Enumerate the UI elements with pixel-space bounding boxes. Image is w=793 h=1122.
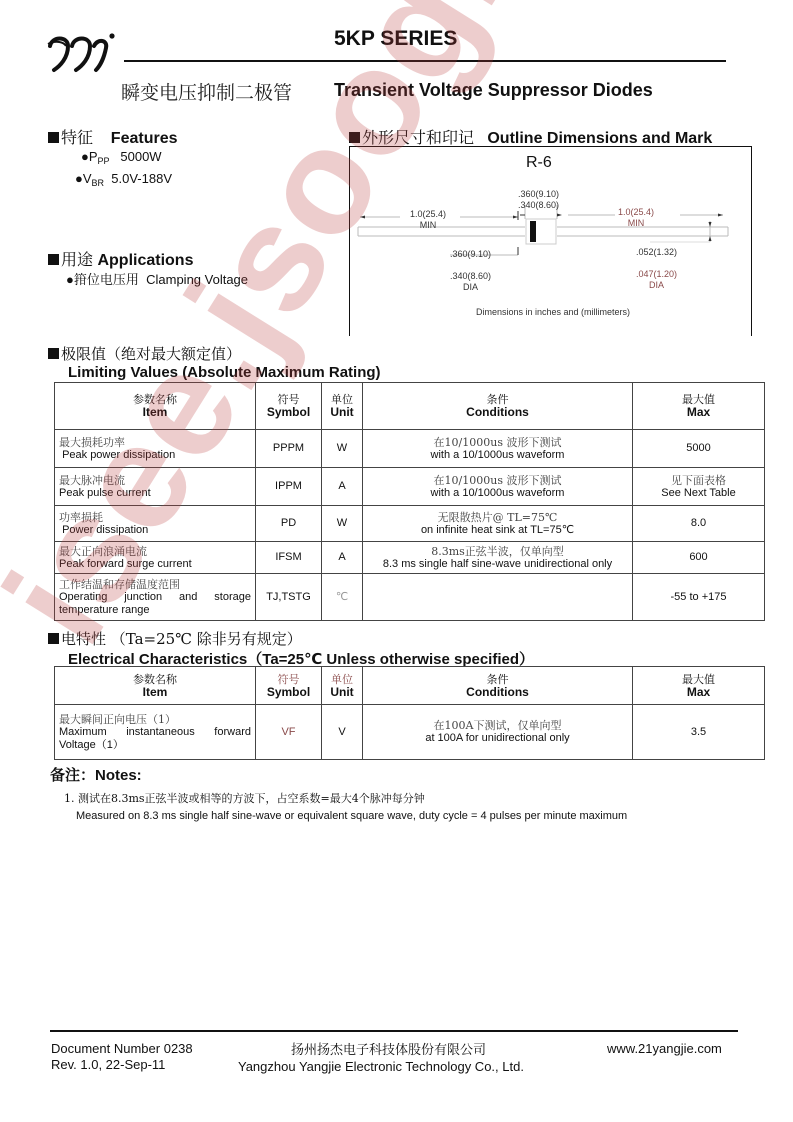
square-bullet-icon	[48, 633, 59, 644]
table-row: 工作结温和存储温度范围Operating junction and storag…	[55, 574, 765, 621]
note-1-cn: 1. 测试在8.3ms正弦半波或相等的方波下，占空系数=最大4个脉冲每分钟	[64, 790, 425, 806]
limiting-values-table: 参数名称Item 符号Symbol 单位Unit 条件Conditions 最大…	[54, 382, 765, 621]
series-title: 5KP SERIES	[334, 27, 457, 51]
electrical-title-cn: 电特性 （Ta=25℃ 除非另有规定）	[48, 628, 302, 649]
company-name-en: Yangzhou Yangjie Electronic Technology C…	[238, 1059, 524, 1074]
square-bullet-icon	[349, 132, 360, 143]
square-bullet-icon	[48, 132, 59, 143]
dim-lead-dia: .052(1.32).047(1.20)DIA	[636, 247, 677, 291]
applications-heading: 用途 Applications	[48, 247, 193, 270]
col-symbol: 符号Symbol	[256, 383, 322, 430]
features-heading: 特征 Features	[48, 125, 178, 148]
footer-divider	[50, 1030, 738, 1032]
col-conditions: 条件Conditions	[363, 383, 633, 430]
square-bullet-icon	[48, 254, 59, 265]
note-1-en: Measured on 8.3 ms single half sine-wave…	[76, 810, 627, 822]
outline-diagram: R-6 .360(9.10).340(8.60) 1.0(25.4)MIN 1.…	[349, 146, 752, 336]
table-row: 功率损耗 Power dissipation PD W 无限散热片@ TL=75…	[55, 506, 765, 542]
dimensions-note: Dimensions in inches and (millimeters)	[476, 307, 630, 318]
header-divider	[124, 60, 726, 62]
website-link[interactable]: www.21yangjie.com	[607, 1041, 722, 1056]
feature-item: ●PPP 5000W	[78, 148, 172, 170]
table-row: 最大脉冲电流Peak pulse current IPPM A 在10/1000…	[55, 468, 765, 506]
features-list: ●PPP 5000W ●VBR 5.0V-188V	[78, 148, 172, 192]
subtitle-en: Transient Voltage Suppressor Diodes	[334, 80, 653, 101]
outline-heading: 外形尺寸和印记 Outline Dimensions and Mark	[349, 125, 712, 148]
subtitle-cn: 瞬变电压抑制二极管	[121, 78, 292, 105]
feature-item: ●VBR 5.0V-188V	[75, 170, 172, 192]
dim-right-lead: 1.0(25.4)MIN	[618, 207, 654, 229]
limiting-title-en: Limiting Values (Absolute Maximum Rating…	[68, 364, 381, 381]
document-number: Document Number 0238	[51, 1041, 193, 1056]
package-label: R-6	[526, 153, 552, 173]
table-row: 最大瞬间正向电压（1）Maximum instantaneous forward…	[55, 705, 765, 760]
square-bullet-icon	[48, 348, 59, 359]
electrical-table: 参数名称Item 符号Symbol 单位Unit 条件Conditions 最大…	[54, 666, 765, 760]
table-header-row: 参数名称Item 符号Symbol 单位Unit 条件Conditions 最大…	[55, 667, 765, 705]
limiting-title-cn: 极限值（绝对最大额定值）	[48, 343, 241, 364]
dim-body-length: .360(9.10).340(8.60)	[518, 189, 559, 211]
company-name-cn: 扬州扬杰电子科技体股份有限公司	[291, 1039, 486, 1058]
application-item: ●箝位电压用 Clamping Voltage	[66, 269, 248, 288]
table-row: 最大正向浪涌电流Peak forward surge current IFSM …	[55, 542, 765, 574]
col-max: 最大值Max	[633, 383, 765, 430]
table-row: 最大损耗功率 Peak power dissipation PPPM W 在10…	[55, 430, 765, 468]
revision: Rev. 1.0, 22-Sep-11	[51, 1057, 165, 1072]
col-item: 参数名称Item	[55, 383, 256, 430]
dim-body-dia: .360(9.10).340(8.60)DIA	[450, 249, 491, 293]
company-logo	[46, 30, 124, 74]
notes-heading: 备注：Notes:	[50, 764, 142, 785]
table-header-row: 参数名称Item 符号Symbol 单位Unit 条件Conditions 最大…	[55, 383, 765, 430]
dim-left-lead: 1.0(25.4)MIN	[410, 209, 446, 231]
col-unit: 单位Unit	[322, 383, 363, 430]
